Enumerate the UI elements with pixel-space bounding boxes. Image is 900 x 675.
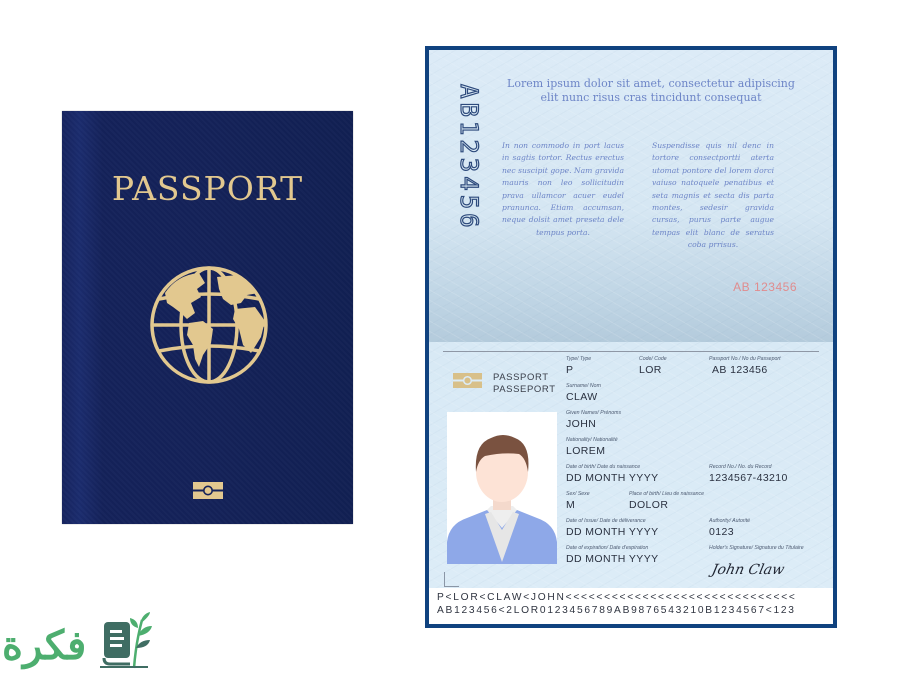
field-value: LOREM bbox=[566, 445, 618, 458]
machine-readable-zone: P<LOR<CLAW<JOHN<<<<<<<<<<<<<<<<<<<<<<<<<… bbox=[429, 588, 833, 624]
field-value: P bbox=[566, 364, 591, 377]
field-nationality: Nationality/ Nationalité LOREM bbox=[566, 437, 618, 458]
field-value: DD MONTH YYYY bbox=[566, 526, 659, 539]
holder-photo bbox=[447, 412, 557, 564]
field-value: AB 123456 bbox=[712, 364, 781, 377]
field-label: Record No./ No. du Record bbox=[709, 464, 788, 471]
biometric-chip-icon bbox=[453, 373, 482, 388]
field-value: JOHN bbox=[566, 418, 621, 431]
biometric-chip-icon bbox=[193, 482, 223, 499]
field-place-of-birth: Place of birth/ Lieu de naissance DOLOR bbox=[629, 491, 704, 512]
divider bbox=[443, 351, 819, 352]
field-value: CLAW bbox=[566, 391, 601, 404]
field-label: Passport No./ No du Passeport bbox=[709, 356, 781, 363]
field-label: Surname/ Nom bbox=[566, 383, 601, 390]
field-passport-no: Passport No./ No du Passeport AB 123456 bbox=[709, 356, 781, 377]
field-surname: Surname/ Nom CLAW bbox=[566, 383, 601, 404]
field-value: DD MONTH YYYY bbox=[566, 553, 659, 566]
serial-number: AB 123456 bbox=[733, 280, 797, 294]
field-date-of-expiration: Date of expiration/ Date d'expiration DD… bbox=[566, 545, 659, 566]
brand-name: فكرة bbox=[2, 624, 86, 668]
field-label: Type/ Type bbox=[566, 356, 591, 363]
field-label: Authority/ Autorité bbox=[709, 518, 750, 525]
field-signature: Holder's Signature/ Signature du Titulai… bbox=[709, 545, 804, 552]
field-authority: Authority/ Autorité 0123 bbox=[709, 518, 750, 539]
field-label: Nationality/ Nationalité bbox=[566, 437, 618, 444]
perforated-number-text: AB123456 bbox=[455, 84, 483, 304]
field-date-of-issue: Date of Issue/ Date de déliverance DD MO… bbox=[566, 518, 659, 539]
field-value: DD MONTH YYYY bbox=[566, 472, 659, 485]
field-label: Date of Issue/ Date de déliverance bbox=[566, 518, 659, 525]
field-sex: Sex/ Sexe M bbox=[566, 491, 590, 512]
passport-cover: PASSPORT bbox=[62, 111, 353, 524]
field-label: Given Names/ Prénoms bbox=[566, 410, 621, 417]
holder-signature: John Claw bbox=[710, 562, 785, 578]
cover-title: PASSPORT bbox=[62, 169, 353, 208]
field-value: LOR bbox=[639, 364, 667, 377]
field-given-names: Given Names/ Prénoms JOHN bbox=[566, 410, 621, 431]
field-label: Code/ Code bbox=[639, 356, 667, 363]
field-value: DOLOR bbox=[629, 499, 704, 512]
field-type: Type/ Type P bbox=[566, 356, 591, 377]
field-label: Place of birth/ Lieu de naissance bbox=[629, 491, 704, 498]
paragraph-right: Suspendisse quis nil denc in tortore con… bbox=[652, 140, 774, 252]
document-type-label: PASSPORT PASSEPORT bbox=[493, 372, 556, 396]
doc-label-en: PASSPORT bbox=[493, 372, 556, 384]
field-value: 1234567-43210 bbox=[709, 472, 788, 485]
passport-data-page: AB123456 Lorem ipsum dolor sit amet, con… bbox=[425, 46, 837, 628]
mrz-line-2: AB123456<2LOR0123456789AB9876543210B1234… bbox=[437, 604, 833, 617]
field-record-no: Record No./ No. du Record 1234567-43210 bbox=[709, 464, 788, 485]
person-avatar-icon bbox=[447, 412, 557, 564]
corner-mark bbox=[444, 572, 459, 587]
globe-icon bbox=[147, 263, 271, 387]
page-heading: Lorem ipsum dolor sit amet, consectetur … bbox=[489, 77, 813, 105]
field-code: Code/ Code LOR bbox=[639, 356, 667, 377]
field-label: Sex/ Sexe bbox=[566, 491, 590, 498]
field-label: Date of expiration/ Date d'expiration bbox=[566, 545, 659, 552]
field-value: M bbox=[566, 499, 590, 512]
doc-label-fr: PASSEPORT bbox=[493, 384, 556, 396]
heading-line-1: Lorem ipsum dolor sit amet, consectetur … bbox=[489, 77, 813, 91]
book-leaf-icon bbox=[100, 612, 152, 670]
paragraph-left: In non commodo in port lacus in sagtis t… bbox=[502, 140, 624, 239]
heading-line-2: elit nunc risus cras tincidunt consequat bbox=[489, 91, 813, 105]
field-label: Holder's Signature/ Signature du Titulai… bbox=[709, 545, 804, 552]
field-label: Date of birth/ Date du naissance bbox=[566, 464, 659, 471]
brand-logo: فكرة bbox=[0, 612, 160, 672]
mrz-line-1: P<LOR<CLAW<JOHN<<<<<<<<<<<<<<<<<<<<<<<<<… bbox=[437, 591, 833, 604]
field-value: 0123 bbox=[709, 526, 750, 539]
field-date-of-birth: Date of birth/ Date du naissance DD MONT… bbox=[566, 464, 659, 485]
visa-page-upper: AB123456 Lorem ipsum dolor sit amet, con… bbox=[429, 50, 833, 342]
